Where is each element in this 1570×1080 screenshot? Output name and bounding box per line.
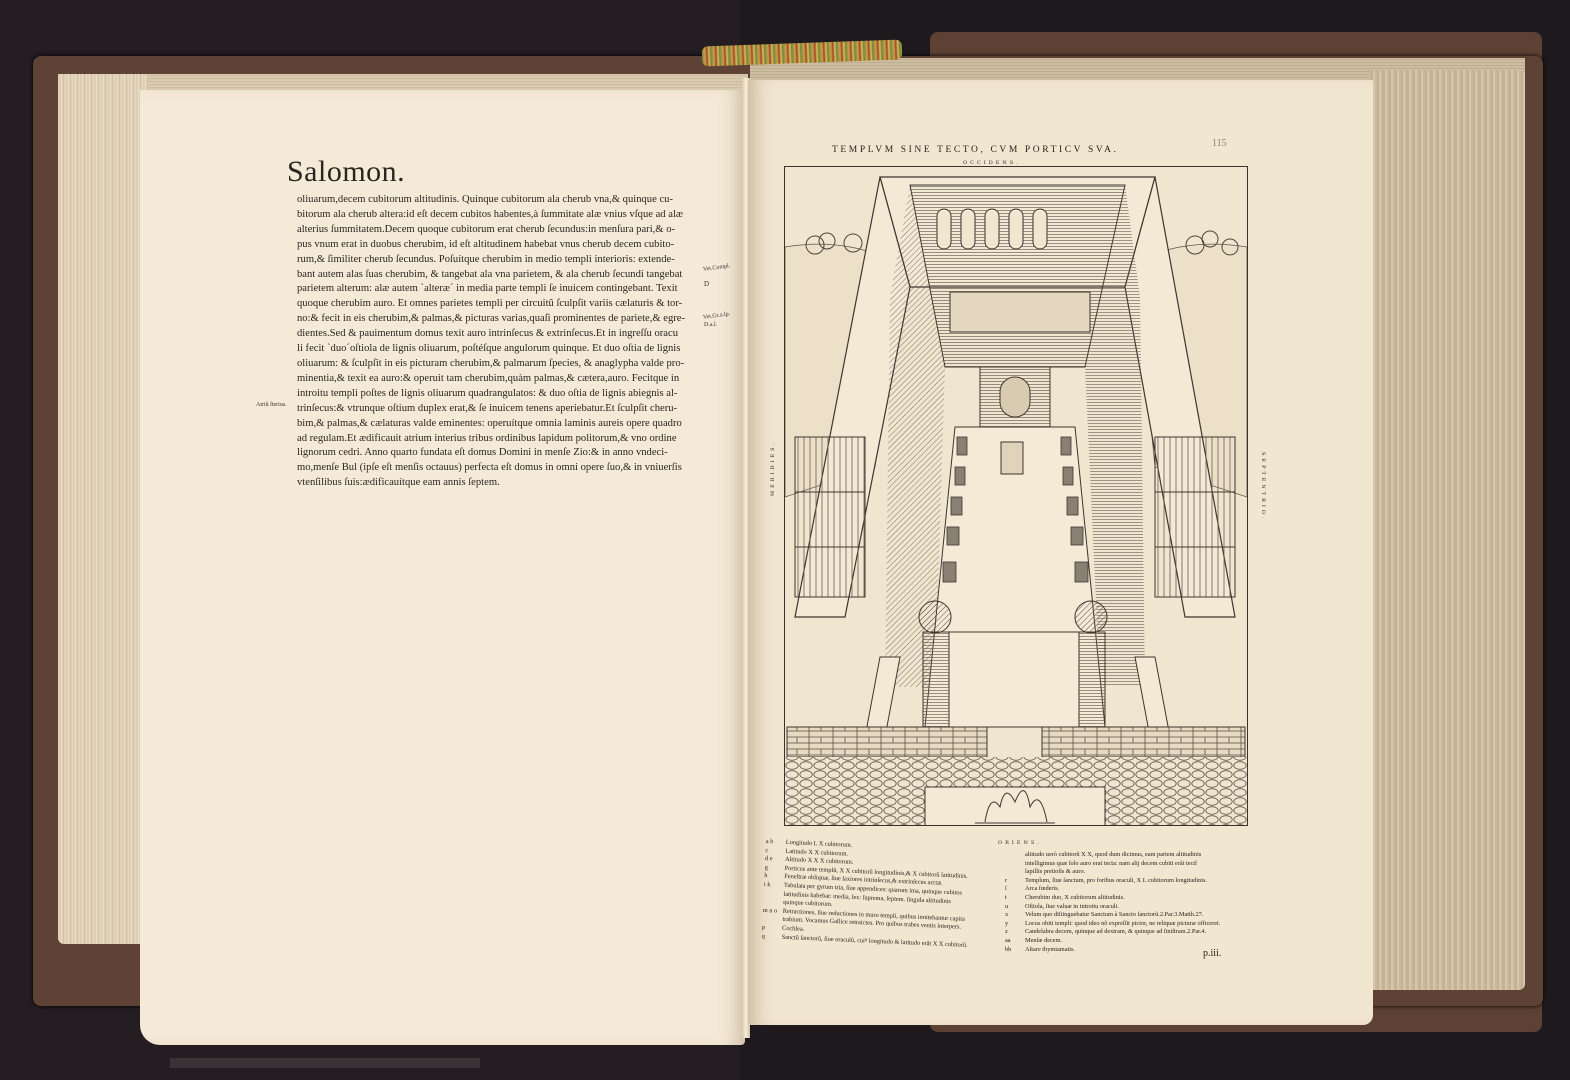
text-line: bitorum ala cherub altera:id eſt decem c… <box>297 208 699 223</box>
legend-row: rTemplum, ſiue ſanctum, pro foribus orac… <box>1005 877 1290 886</box>
legend-row: xVelum quo diſtinguebatur Sanctum à Sanc… <box>1005 911 1290 920</box>
compass-east: ORIENS. <box>998 840 1042 846</box>
plate-title: TEMPLVM SINE TECTO, CVM PORTICV SVA. <box>832 145 1119 155</box>
compass-north: SEPTENTRIO. <box>1260 452 1266 521</box>
temple-illustration <box>785 167 1247 825</box>
legend-row: ſArca fœderis. <box>1005 885 1290 894</box>
text-line: bim,& palmas,& cælaturas valde eminentes… <box>297 417 699 432</box>
text-line: oliuarum,decem cubitorum altitudinis. Qu… <box>297 193 699 208</box>
text-line: bant autem alas ſuas cherubim, & tangeba… <box>297 268 699 283</box>
signature-mark: p.iii. <box>1203 948 1221 959</box>
text-line: no:& fecit in eis cherubim,& palmas,& pi… <box>297 312 699 327</box>
legend-right: altitudo uerò cubitorũ X X, quod dum dic… <box>1005 851 1290 954</box>
page-edges-right <box>1370 70 1525 990</box>
running-head: Salomon. <box>287 155 405 189</box>
text-line: mo,menſe Bul (ipſe eſt menſis octauus) p… <box>297 461 699 476</box>
legend-row: lapillis pretioſis & auro. <box>1005 868 1290 877</box>
legend-row: zCandelabra decem, quinque ad dextram, &… <box>1005 928 1290 937</box>
book-support <box>170 1058 480 1068</box>
legend-row: intelligimus quæ ſolo auro erat tecta: n… <box>1005 860 1290 869</box>
text-line: pus vnum erat in duobus cherubim, id eſt… <box>297 238 699 253</box>
text-line: vtenſilibus ſuis:ædificauítque eam annis… <box>297 476 699 491</box>
text-line: trinſecus:& vtrunque oſtium duplex erat,… <box>297 402 699 417</box>
text-line: lignorum cedri. Anno quarto fundata eſt … <box>297 446 699 461</box>
legend-row: yLocus obiti templi: quod ideo nõ expreſ… <box>1005 920 1290 929</box>
folio-number: 115 <box>1212 138 1227 149</box>
text-line: introitu templi poſtes de lignis oliuaru… <box>297 387 699 402</box>
margin-note-right-1-letter: D <box>704 280 709 288</box>
body-text: oliuarum,decem cubitorum altitudinis. Qu… <box>297 193 699 491</box>
text-line: quoque cherubim auro. Et omnes parietes … <box>297 297 699 312</box>
text-line: li fecit ˋduoˊoſtiola de lignis oliuarum… <box>297 342 699 357</box>
text-line: oliuarum: & ſculpſit in eis picturam che… <box>297 357 699 372</box>
text-line: rum,& ſimiliter cherub ſecundus. Poſuítq… <box>297 253 699 268</box>
legend-row: altitudo uerò cubitorũ X X, quod dum dic… <box>1005 851 1290 860</box>
page-edges-left <box>58 74 148 944</box>
compass-south: MERIDIES. <box>770 440 776 496</box>
legend-row: bbAltare thymiamatis. <box>1005 946 1290 955</box>
text-line: minentia,& texit ea auro:& operuit tam c… <box>297 372 699 387</box>
text-line: ad regulam.Et ædificauit atrium interius… <box>297 432 699 447</box>
margin-note-right-2-letter: D.a.l. <box>704 322 717 328</box>
text-line: dientes.Sed & pauimentum domus texit aur… <box>297 327 699 342</box>
woodcut-plate <box>784 166 1248 826</box>
legend-row: tCherubim duo, X cubitorum altitudinis. <box>1005 894 1290 903</box>
text-line: parietem alterum: alæ autem ˋalteræˊ in … <box>297 282 699 297</box>
legend-row: aaMenſæ decem. <box>1005 937 1290 946</box>
legend-left: a bLongitudo L X cubitorum. cLatitudo X … <box>762 838 1016 952</box>
legend-row: uOſtiola, ſiue valuæ in introitu oraculi… <box>1005 903 1290 912</box>
text-line: alterius ſummitatem.Decem quoque cubitor… <box>297 223 699 238</box>
margin-note-left: Atriũ ſterius. <box>256 402 287 408</box>
